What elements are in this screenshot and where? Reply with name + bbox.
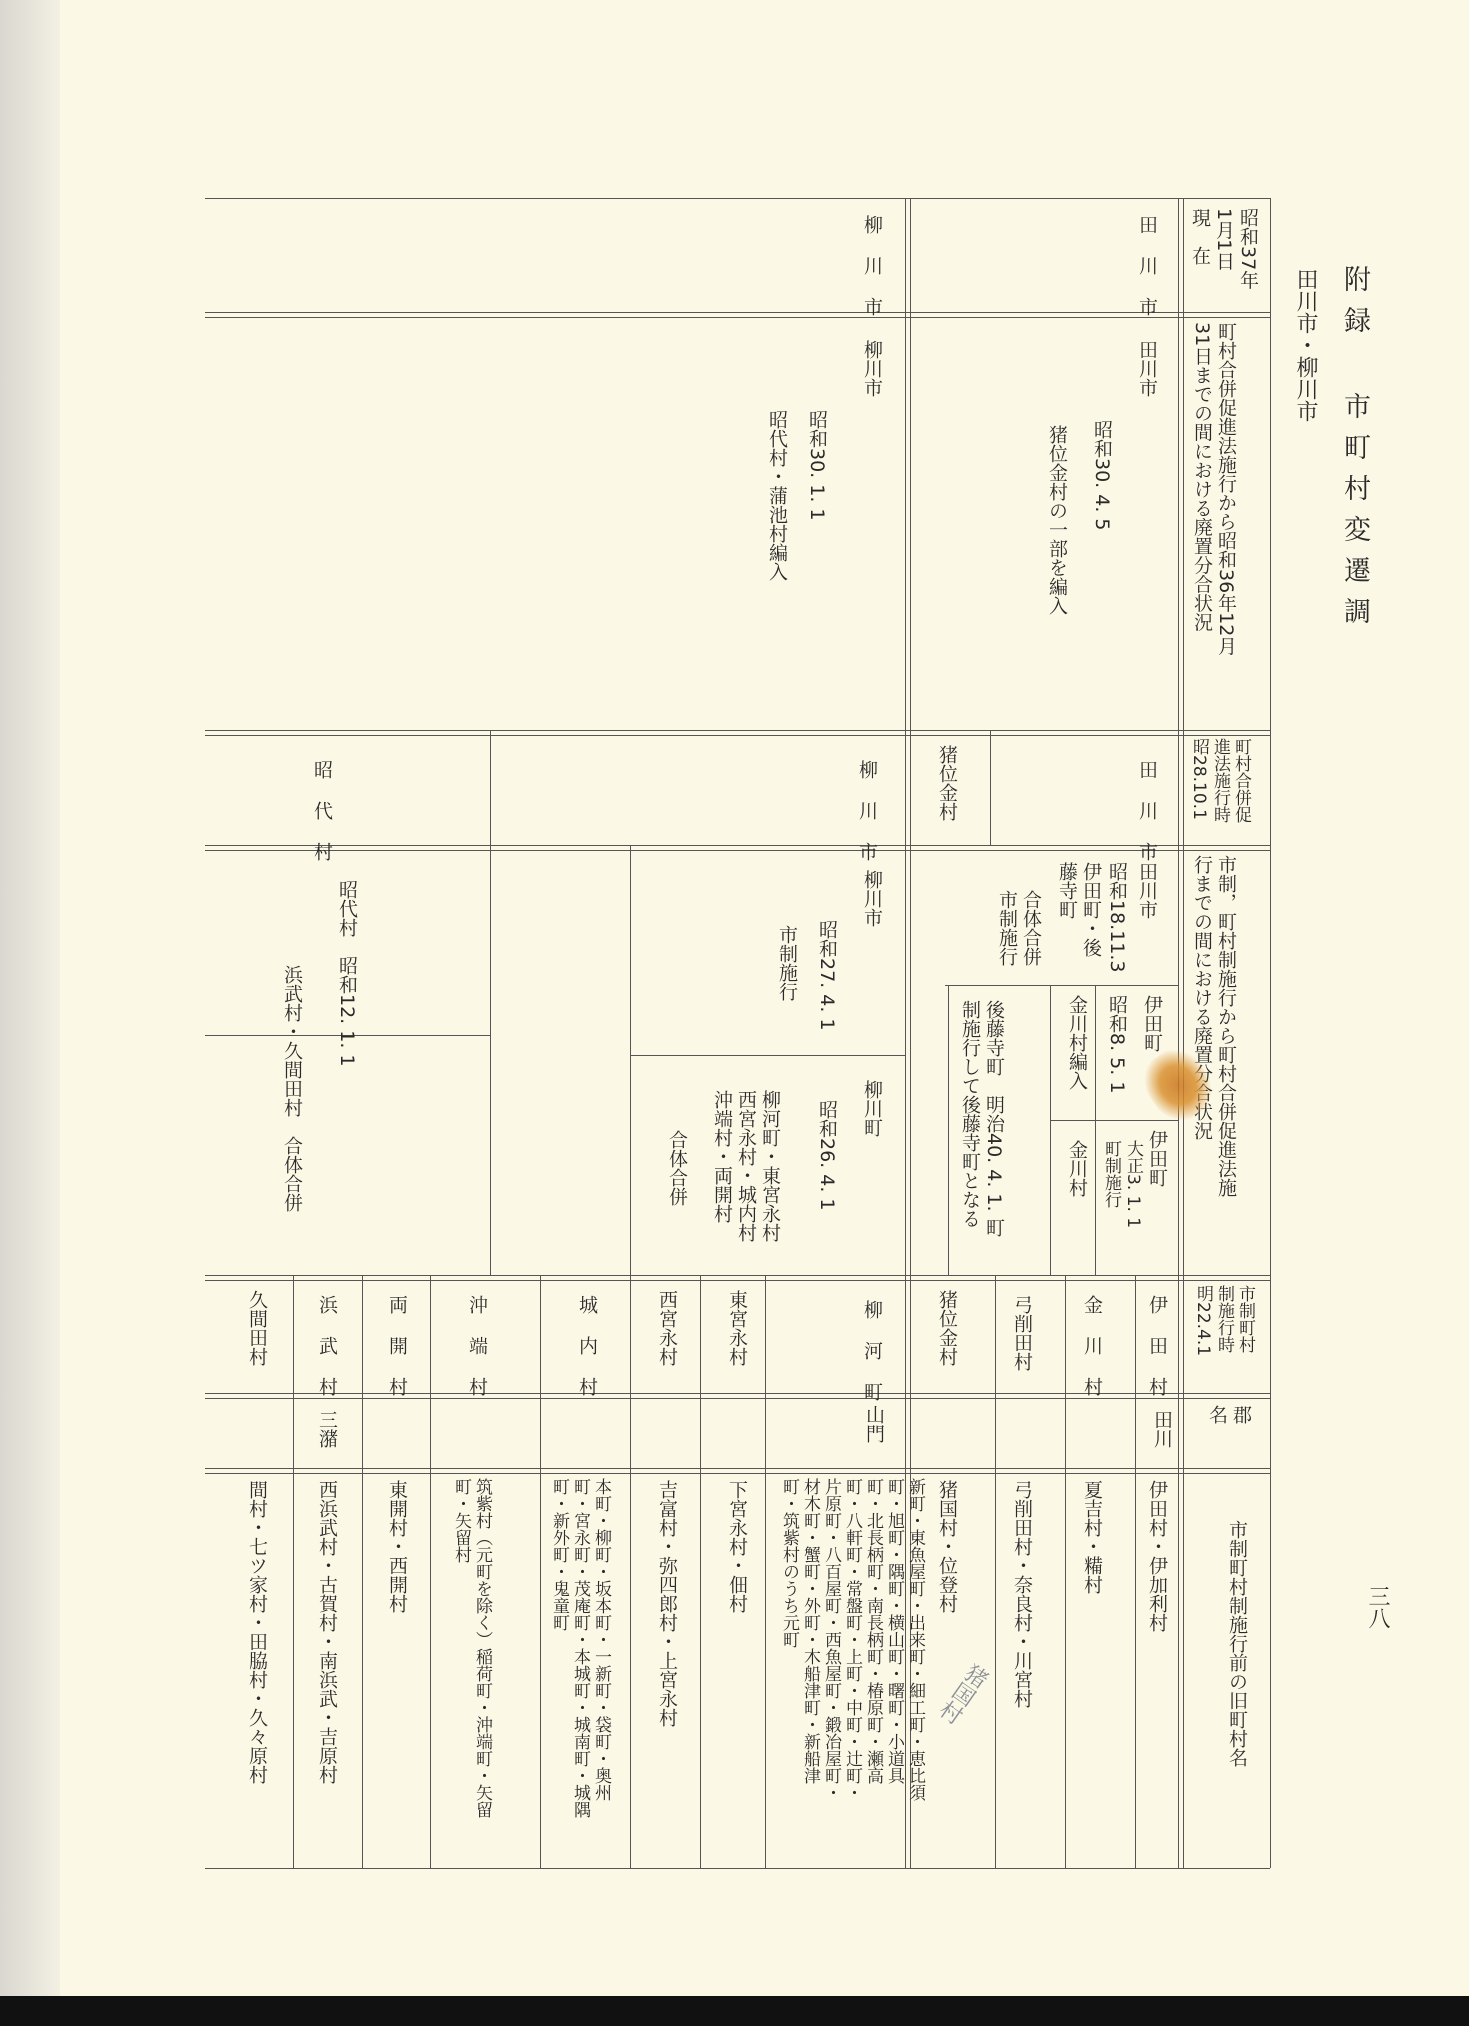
yanagawa-merger-date: 昭和30. 1. 1 — [805, 410, 829, 521]
yanagawa-row-7 — [293, 1275, 294, 1868]
village-name: 猪位金村 — [935, 1290, 959, 1366]
header-merger-period: 町村合併促進法施行から昭和36年12月 31日までの間における廃置分合状況 — [1190, 322, 1238, 655]
tagawa-gotoji: 後藤寺町 明治40. 4. 1. 町 制施行して後藤寺町となる — [958, 1000, 1006, 1237]
tagawa-row-2 — [1065, 1275, 1066, 1868]
header-municipal-period: 市制，町村制施行から町村合併促進法施 行までの間における廃置分合状況 — [1190, 855, 1238, 1197]
page-title: 附録 市町村変遷調 — [1335, 265, 1374, 638]
old-village-names: 猪国村・位登村 — [935, 1480, 959, 1613]
header-old-names: 市制町村制施行前の旧町村名 — [1225, 1520, 1249, 1767]
yanagawa-muni-split — [630, 1055, 905, 1056]
yanagawa-row-2 — [700, 1275, 701, 1868]
district-name: 山門 — [862, 1405, 886, 1443]
yanagawa-shodai: 昭代村 昭和12. 1. 1 — [335, 880, 359, 1067]
yanagawa-shodai-divider — [490, 845, 491, 1275]
tagawa-muni-city-desc: 伊田町・後 藤寺町 — [1055, 862, 1103, 957]
old-village-names: 新町・東魚屋町・出来町・細工町・恵比須町・旭町・隅町・横山町・曙町・小道具町・北… — [778, 1478, 925, 1808]
old-village-names: 伊田村・伊加利村 — [1145, 1480, 1169, 1632]
scan-bottom-edge — [0, 1996, 1469, 2026]
yanagawa-current: 柳 川 市 — [860, 215, 884, 316]
tagawa-kanagawa-divider — [1050, 985, 1051, 1275]
yanagawa-town-date: 昭和26. 4. 1 — [815, 1100, 839, 1211]
tagawa-merger-date: 昭和30. 4. 5 — [1090, 420, 1114, 531]
page-subtitle: 田川市・柳川市 — [1290, 268, 1321, 422]
header-municipal-law: 市制町村 制施行時 明22.4.1 — [1192, 1285, 1255, 1356]
village-name: 弓削田村 — [1010, 1295, 1034, 1371]
tagawa-ita-note2: 町制施行 — [1100, 1140, 1121, 1208]
old-village-names: 筑紫村（元町を除く）稲荷町・沖端町・矢留町・矢留村 — [450, 1478, 492, 1818]
yanagawa-town-desc: 柳河町・東宮永村 西宮永村・城内村 沖端村・両開村 — [710, 1090, 782, 1242]
col-divider-1 — [205, 312, 1270, 318]
col-divider-6 — [205, 1468, 1270, 1474]
tagawa-row-3 — [995, 1275, 996, 1868]
tagawa-ita-divider — [1095, 985, 1096, 1275]
tagawa-law-city: 田 川 市 — [1135, 760, 1159, 861]
village-name: 城 内 村 — [575, 1295, 599, 1396]
col-divider-2 — [205, 730, 1270, 736]
yanagawa-town: 柳川町 — [860, 1080, 884, 1137]
tagawa-muni-city-date: 昭和18.11.3 — [1105, 862, 1129, 973]
tagawa-ita-date2: 大正3. 1. 1 — [1122, 1140, 1143, 1228]
tagawa-ita-town2: 伊田町 — [1145, 1130, 1169, 1187]
table-right-border — [1270, 198, 1271, 1868]
old-village-names: 吉富村・弥四郎村・上宮永村 — [655, 1480, 679, 1727]
yanagawa-muni-city-note: 市制施行 — [775, 925, 799, 1001]
yanagawa-shodai-desc: 浜武村・久間田村 合体合併 — [280, 965, 304, 1212]
old-village-names: 本町・柳町・坂本町・一新町・袋町・奥州町・宮永町・茂庵町・本城町・城南町・城隅町… — [548, 1478, 611, 1818]
table-top-border — [205, 198, 1270, 199]
yanagawa-row-6 — [362, 1275, 363, 1868]
page-edge-shadow — [0, 0, 60, 2026]
village-name: 伊 田 村 — [1145, 1295, 1169, 1396]
old-village-names: 夏吉村・糒村 — [1080, 1480, 1104, 1594]
tagawa-muni-city-note: 合体合併 市制施行 — [995, 890, 1043, 966]
tagawa-merger-desc: 猪位金村の一部を編入 — [1045, 425, 1069, 615]
col-divider-3 — [205, 845, 1270, 851]
village-name: 金 川 村 — [1080, 1295, 1104, 1396]
tagawa-merger-city: 田川市 — [1135, 340, 1159, 397]
page-number: 三八 — [1362, 1585, 1393, 1629]
tagawa-law-divider — [990, 730, 991, 845]
old-village-names: 間村・七ツ家村・田脇村・久々原村 — [245, 1480, 269, 1784]
header-row-divider — [1178, 198, 1184, 1868]
table-bottom-border — [205, 1868, 1270, 1869]
village-name: 両 開 村 — [385, 1295, 409, 1396]
tagawa-kanagawa: 金川村 — [1065, 1140, 1089, 1197]
yanagawa-muni-city: 柳川市 — [860, 870, 884, 927]
tagawa-muni-city: 田川市 — [1135, 862, 1159, 919]
tagawa-ita-desc: 金川村編入 — [1065, 995, 1089, 1090]
yanagawa-muni-city-date: 昭和27. 4. 1 — [815, 920, 839, 1031]
yanagawa-town-note: 合体合併 — [665, 1130, 689, 1206]
old-village-names: 東開村・西開村 — [385, 1480, 409, 1613]
tagawa-gotoji-divider — [948, 985, 949, 1275]
tagawa-ita-town: 伊田町 — [1140, 995, 1164, 1052]
tagawa-muni-split — [945, 985, 1178, 986]
village-name: 浜 武 村 — [315, 1295, 339, 1396]
tagawa-law-village: 猪位金村 — [935, 745, 959, 821]
old-village-names: 下宮永村・佃村 — [725, 1480, 749, 1613]
village-name: 沖 端 村 — [465, 1295, 489, 1396]
header-current: 昭和37年 1月1日 現 在 — [1188, 208, 1260, 289]
tagawa-current: 田 川 市 — [1135, 215, 1159, 316]
yanagawa-merger-desc: 昭代村・蒲池村編入 — [765, 410, 789, 581]
yanagawa-law-village: 昭 代 村 — [310, 760, 334, 861]
col-divider-4 — [205, 1275, 1270, 1281]
village-name: 東宮永村 — [725, 1290, 749, 1366]
yanagawa-merger-city: 柳川市 — [860, 340, 884, 397]
col-divider-5 — [205, 1393, 1270, 1399]
yanagawa-row-1 — [765, 1275, 766, 1868]
district-name: 田川 — [1150, 1410, 1174, 1448]
yanagawa-row-4 — [540, 1275, 541, 1868]
yanagawa-muni-divider — [630, 845, 631, 1275]
tagawa-ita-split — [1050, 1120, 1178, 1121]
header-merger-law: 町村合併促 進法施行時 昭28.10.1 — [1188, 738, 1251, 823]
yanagawa-law-city: 柳 川 市 — [855, 760, 879, 861]
old-village-names: 西浜武村・古賀村・南浜武・吉原村 — [315, 1480, 339, 1784]
old-village-names: 弓削田村・奈良村・川宮村 — [1010, 1480, 1034, 1708]
yanagawa-row-3 — [630, 1275, 631, 1868]
header-district: 郡 名 — [1205, 1405, 1253, 1424]
village-name: 柳 河 町 — [860, 1300, 884, 1401]
tagawa-ita-date: 昭和8. 5. 1 — [1105, 995, 1129, 1093]
village-name: 久間田村 — [245, 1290, 269, 1366]
yanagawa-row-5 — [430, 1275, 431, 1868]
district-name: 三潴 — [315, 1410, 339, 1448]
tagawa-row-1 — [1135, 1275, 1136, 1868]
village-name: 西宮永村 — [655, 1290, 679, 1366]
yanagawa-law-divider — [490, 730, 491, 845]
handwritten-note: 猪国村 — [931, 1657, 994, 1729]
